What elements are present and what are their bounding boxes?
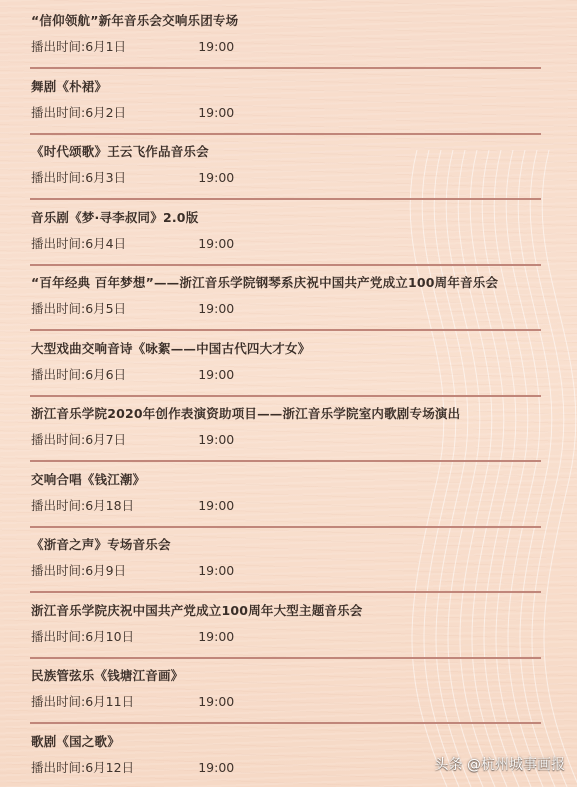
broadcast-date: 6月10日 xyxy=(85,627,198,645)
program-broadcast-time: 播出时间:6月1日19:00 xyxy=(31,37,234,55)
program-broadcast-time: 播出时间:6月10日19:00 xyxy=(31,627,234,645)
broadcast-clock: 19:00 xyxy=(198,301,234,316)
program-broadcast-time: 播出时间:6月5日19:00 xyxy=(31,299,234,317)
time-label: 播出时间: xyxy=(31,760,85,775)
program-title: 舞剧《朴裙》 xyxy=(31,77,107,95)
program-item: 舞剧《朴裙》 播出时间:6月2日19:00 xyxy=(30,66,541,132)
broadcast-clock: 19:00 xyxy=(198,498,234,513)
program-title: “信仰领航”新年音乐会交响乐团专场 xyxy=(31,11,238,29)
program-broadcast-time: 播出时间:6月7日19:00 xyxy=(31,430,234,448)
program-item: 音乐剧《梦·寻李叔同》2.0版 播出时间:6月4日19:00 xyxy=(30,197,541,263)
program-title: “百年经典 百年梦想”——浙江音乐学院钢琴系庆祝中国共产党成立100周年音乐会 xyxy=(31,273,498,291)
program-item: “百年经典 百年梦想”——浙江音乐学院钢琴系庆祝中国共产党成立100周年音乐会 … xyxy=(30,262,541,328)
program-item: 大型戏曲交响音诗《咏絮——中国古代四大才女》 播出时间:6月6日19:00 xyxy=(30,328,541,394)
broadcast-clock: 19:00 xyxy=(198,236,234,251)
program-broadcast-time: 播出时间:6月3日19:00 xyxy=(31,168,234,186)
broadcast-clock: 19:00 xyxy=(198,105,234,120)
program-broadcast-time: 播出时间:6月18日19:00 xyxy=(31,496,234,514)
time-label: 播出时间: xyxy=(31,301,85,316)
program-title: 浙江音乐学院2020年创作表演资助项目——浙江音乐学院室内歌剧专场演出 xyxy=(31,404,460,422)
program-broadcast-time: 播出时间:6月11日19:00 xyxy=(31,692,234,710)
time-label: 播出时间: xyxy=(31,236,85,251)
program-title: 大型戏曲交响音诗《咏絮——中国古代四大才女》 xyxy=(31,339,310,357)
program-broadcast-time: 播出时间:6月4日19:00 xyxy=(31,234,234,252)
program-title: 交响合唱《钱江潮》 xyxy=(31,470,145,488)
program-item: 《时代颂歌》王云飞作品音乐会 播出时间:6月3日19:00 xyxy=(30,131,541,197)
time-label: 播出时间: xyxy=(31,367,85,382)
program-title: 民族管弦乐《钱塘江音画》 xyxy=(31,666,183,684)
time-label: 播出时间: xyxy=(31,629,85,644)
broadcast-date: 6月4日 xyxy=(85,234,198,252)
time-label: 播出时间: xyxy=(31,498,85,513)
time-label: 播出时间: xyxy=(31,563,85,578)
program-item: 交响合唱《钱江潮》 播出时间:6月18日19:00 xyxy=(30,459,541,525)
broadcast-clock: 19:00 xyxy=(198,367,234,382)
broadcast-date: 6月6日 xyxy=(85,365,198,383)
broadcast-clock: 19:00 xyxy=(198,563,234,578)
broadcast-date: 6月18日 xyxy=(85,496,198,514)
program-item: “信仰领航”新年音乐会交响乐团专场 播出时间:6月1日19:00 xyxy=(30,0,541,66)
time-label: 播出时间: xyxy=(31,39,85,54)
time-label: 播出时间: xyxy=(31,170,85,185)
broadcast-clock: 19:00 xyxy=(198,170,234,185)
broadcast-date: 6月1日 xyxy=(85,37,198,55)
program-title: 音乐剧《梦·寻李叔同》2.0版 xyxy=(31,208,198,226)
program-title: 《浙音之声》专场音乐会 xyxy=(31,535,171,553)
broadcast-date: 6月9日 xyxy=(85,561,198,579)
broadcast-date: 6月7日 xyxy=(85,430,198,448)
time-label: 播出时间: xyxy=(31,432,85,447)
time-label: 播出时间: xyxy=(31,694,85,709)
program-title: 浙江音乐学院庆祝中国共产党成立100周年大型主题音乐会 xyxy=(31,601,363,619)
source-watermark: 头条 @杭州城事画报 xyxy=(435,754,565,774)
broadcast-clock: 19:00 xyxy=(198,629,234,644)
program-title: 《时代颂歌》王云飞作品音乐会 xyxy=(31,142,209,160)
broadcast-date: 6月12日 xyxy=(85,758,198,776)
program-title: 歌剧《国之歌》 xyxy=(31,732,120,750)
program-item: 《浙音之声》专场音乐会 播出时间:6月9日19:00 xyxy=(30,524,541,590)
broadcast-clock: 19:00 xyxy=(198,760,234,775)
program-broadcast-time: 播出时间:6月9日19:00 xyxy=(31,561,234,579)
broadcast-date: 6月3日 xyxy=(85,168,198,186)
program-item: 浙江音乐学院2020年创作表演资助项目——浙江音乐学院室内歌剧专场演出 播出时间… xyxy=(30,393,541,459)
time-label: 播出时间: xyxy=(31,105,85,120)
program-broadcast-time: 播出时间:6月12日19:00 xyxy=(31,758,234,776)
program-broadcast-time: 播出时间:6月2日19:00 xyxy=(31,103,234,121)
broadcast-date: 6月5日 xyxy=(85,299,198,317)
program-item: 浙江音乐学院庆祝中国共产党成立100周年大型主题音乐会 播出时间:6月10日19… xyxy=(30,590,541,656)
broadcast-date: 6月11日 xyxy=(85,692,198,710)
broadcast-clock: 19:00 xyxy=(198,39,234,54)
program-item: 民族管弦乐《钱塘江音画》 播出时间:6月11日19:00 xyxy=(30,655,541,721)
broadcast-clock: 19:00 xyxy=(198,694,234,709)
broadcast-date: 6月2日 xyxy=(85,103,198,121)
broadcast-clock: 19:00 xyxy=(198,432,234,447)
program-broadcast-time: 播出时间:6月6日19:00 xyxy=(31,365,234,383)
